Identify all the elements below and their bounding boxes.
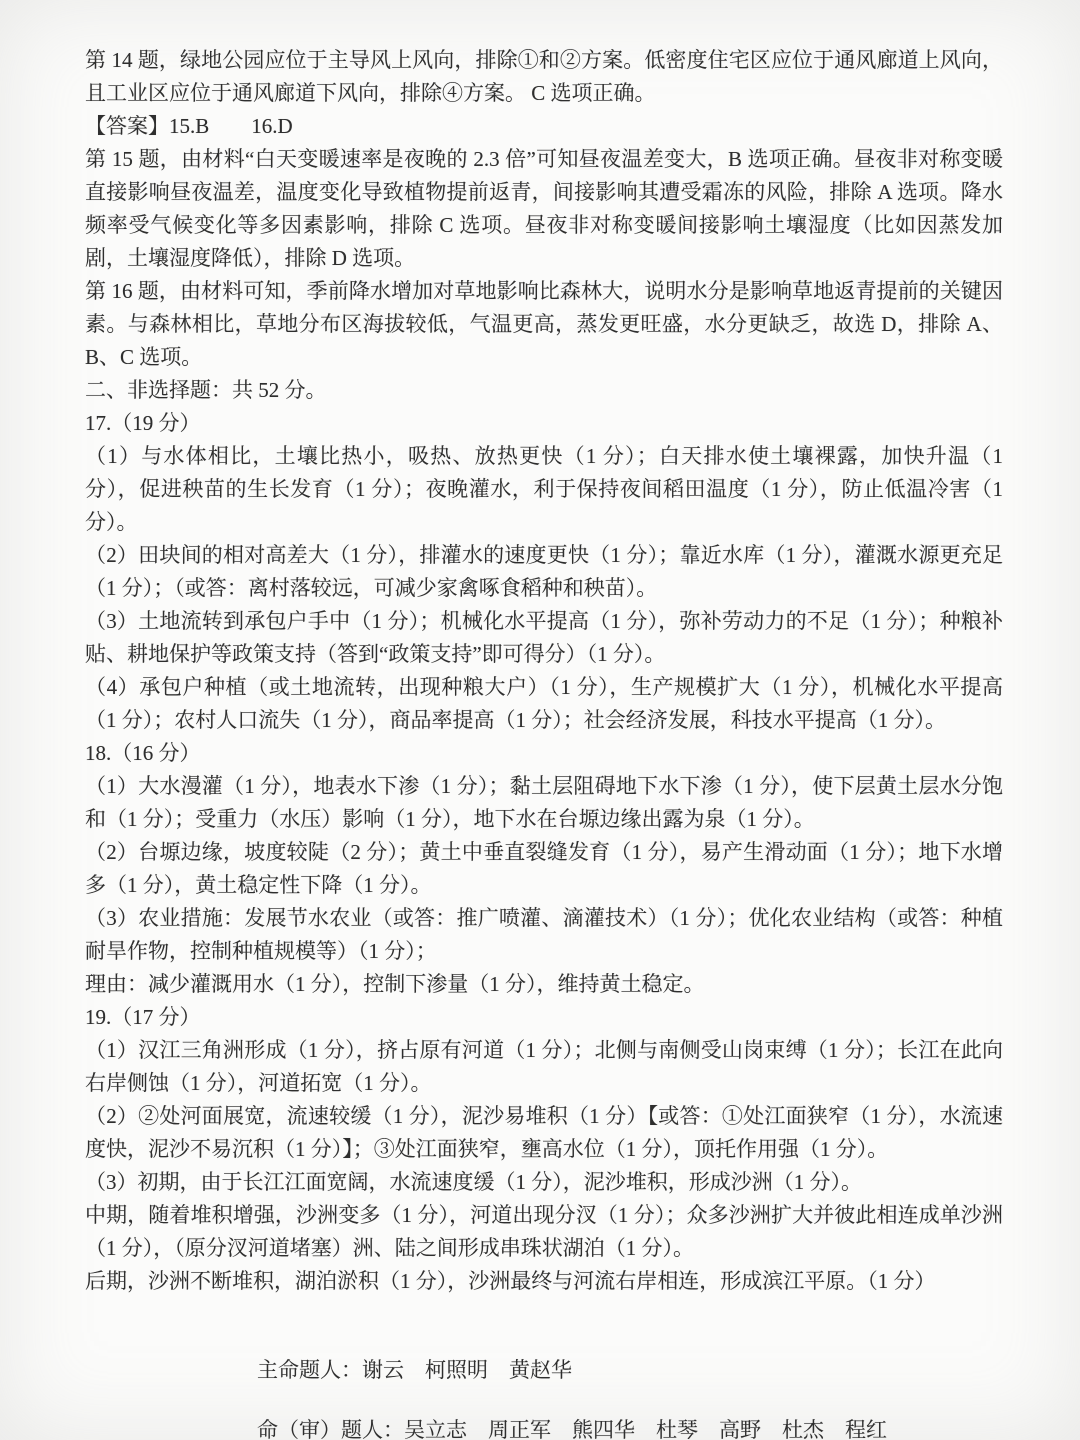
paragraph-1: 第 14 题，绿地公园应位于主导风上风向，排除①和②方案。低密度住宅区应位于通风… — [85, 44, 1003, 110]
answer-paragraphs: 第 14 题，绿地公园应位于主导风上风向，排除①和②方案。低密度住宅区应位于通风… — [85, 44, 1003, 1298]
chief-proposer-line: 主命题人：谢云 柯照明 黄赵华 — [257, 1354, 1003, 1387]
paragraph-14: （3）农业措施：发展节水农业（或答：推广喷灌、滴灌技术）（1 分）；优化农业结构… — [85, 902, 1003, 968]
paragraph-18: （2）②处河面展宽，流速较缓（1 分），泥沙易堆积（1 分）【或答：①处江面狭窄… — [85, 1100, 1003, 1166]
paragraph-9: （3）土地流转到承包户手中（1 分）；机械化水平提高（1 分），弥补劳动力的不足… — [85, 605, 1003, 671]
paragraph-12: （1）大水漫灌（1 分），地表水下渗（1 分）；黏土层阻碍地下水下渗（1 分），… — [85, 770, 1003, 836]
paragraph-3: 第 15 题，由材料“白天变暖速率是夜晚的 2.3 倍”可知昼夜温差变大，B 选… — [85, 143, 1003, 275]
reviewers-line: 命（审）题人：吴立志 周正军 熊四华 杜琴 高野 杜杰 程红 — [257, 1414, 1003, 1440]
paragraph-13: （2）台塬边缘，坡度较陡（2 分）；黄土中垂直裂缝发育（1 分），易产生滑动面（… — [85, 836, 1003, 902]
paragraph-21: 后期，沙洲不断堆积，湖泊淤积（1 分），沙洲最终与河流右岸相连，形成滨江平原。（… — [85, 1265, 1003, 1298]
paragraph-20: 中期，随着堆积增强，沙洲变多（1 分），河道出现分汊（1 分）；众多沙洲扩大并彼… — [85, 1199, 1003, 1265]
signature-block: 主命题人：谢云 柯照明 黄赵华 命（审）题人：吴立志 周正军 熊四华 杜琴 高野… — [257, 1354, 1003, 1440]
paragraph-17: （1）汉江三角洲形成（1 分），挤占原有河道（1 分）；北侧与南侧受山岗束缚（1… — [85, 1034, 1003, 1100]
paragraph-4: 第 16 题，由材料可知，季前降水增加对草地影响比森林大，说明水分是影响草地返青… — [85, 275, 1003, 374]
answer-key-content: 第 14 题，绿地公园应位于主导风上风向，排除①和②方案。低密度住宅区应位于通风… — [85, 44, 1003, 1440]
paragraph-15: 理由：减少灌溉用水（1 分），控制下渗量（1 分），维持黄土稳定。 — [85, 968, 1003, 1001]
document-page: 第 14 题，绿地公园应位于主导风上风向，排除①和②方案。低密度住宅区应位于通风… — [0, 0, 1080, 1440]
paragraph-19: （3）初期，由于长江江面宽阔，水流速度缓（1 分），泥沙堆积，形成沙洲（1 分）… — [85, 1166, 1003, 1199]
paragraph-10: （4）承包户种植（或土地流转，出现种粮大户）（1 分），生产规模扩大（1 分），… — [85, 671, 1003, 737]
paragraph-5: 二、非选择题：共 52 分。 — [85, 374, 1003, 407]
paragraph-16: 19.（17 分） — [85, 1001, 1003, 1034]
paragraph-8: （2）田块间的相对高差大（1 分），排灌水的速度更快（1 分）；靠近水库（1 分… — [85, 539, 1003, 605]
paragraph-2: 【答案】15.B 16.D — [85, 110, 1003, 143]
paragraph-7: （1）与水体相比，土壤比热小，吸热、放热更快（1 分）；白天排水使土壤裸露，加快… — [85, 440, 1003, 539]
paragraph-6: 17.（19 分） — [85, 407, 1003, 440]
paragraph-11: 18.（16 分） — [85, 737, 1003, 770]
